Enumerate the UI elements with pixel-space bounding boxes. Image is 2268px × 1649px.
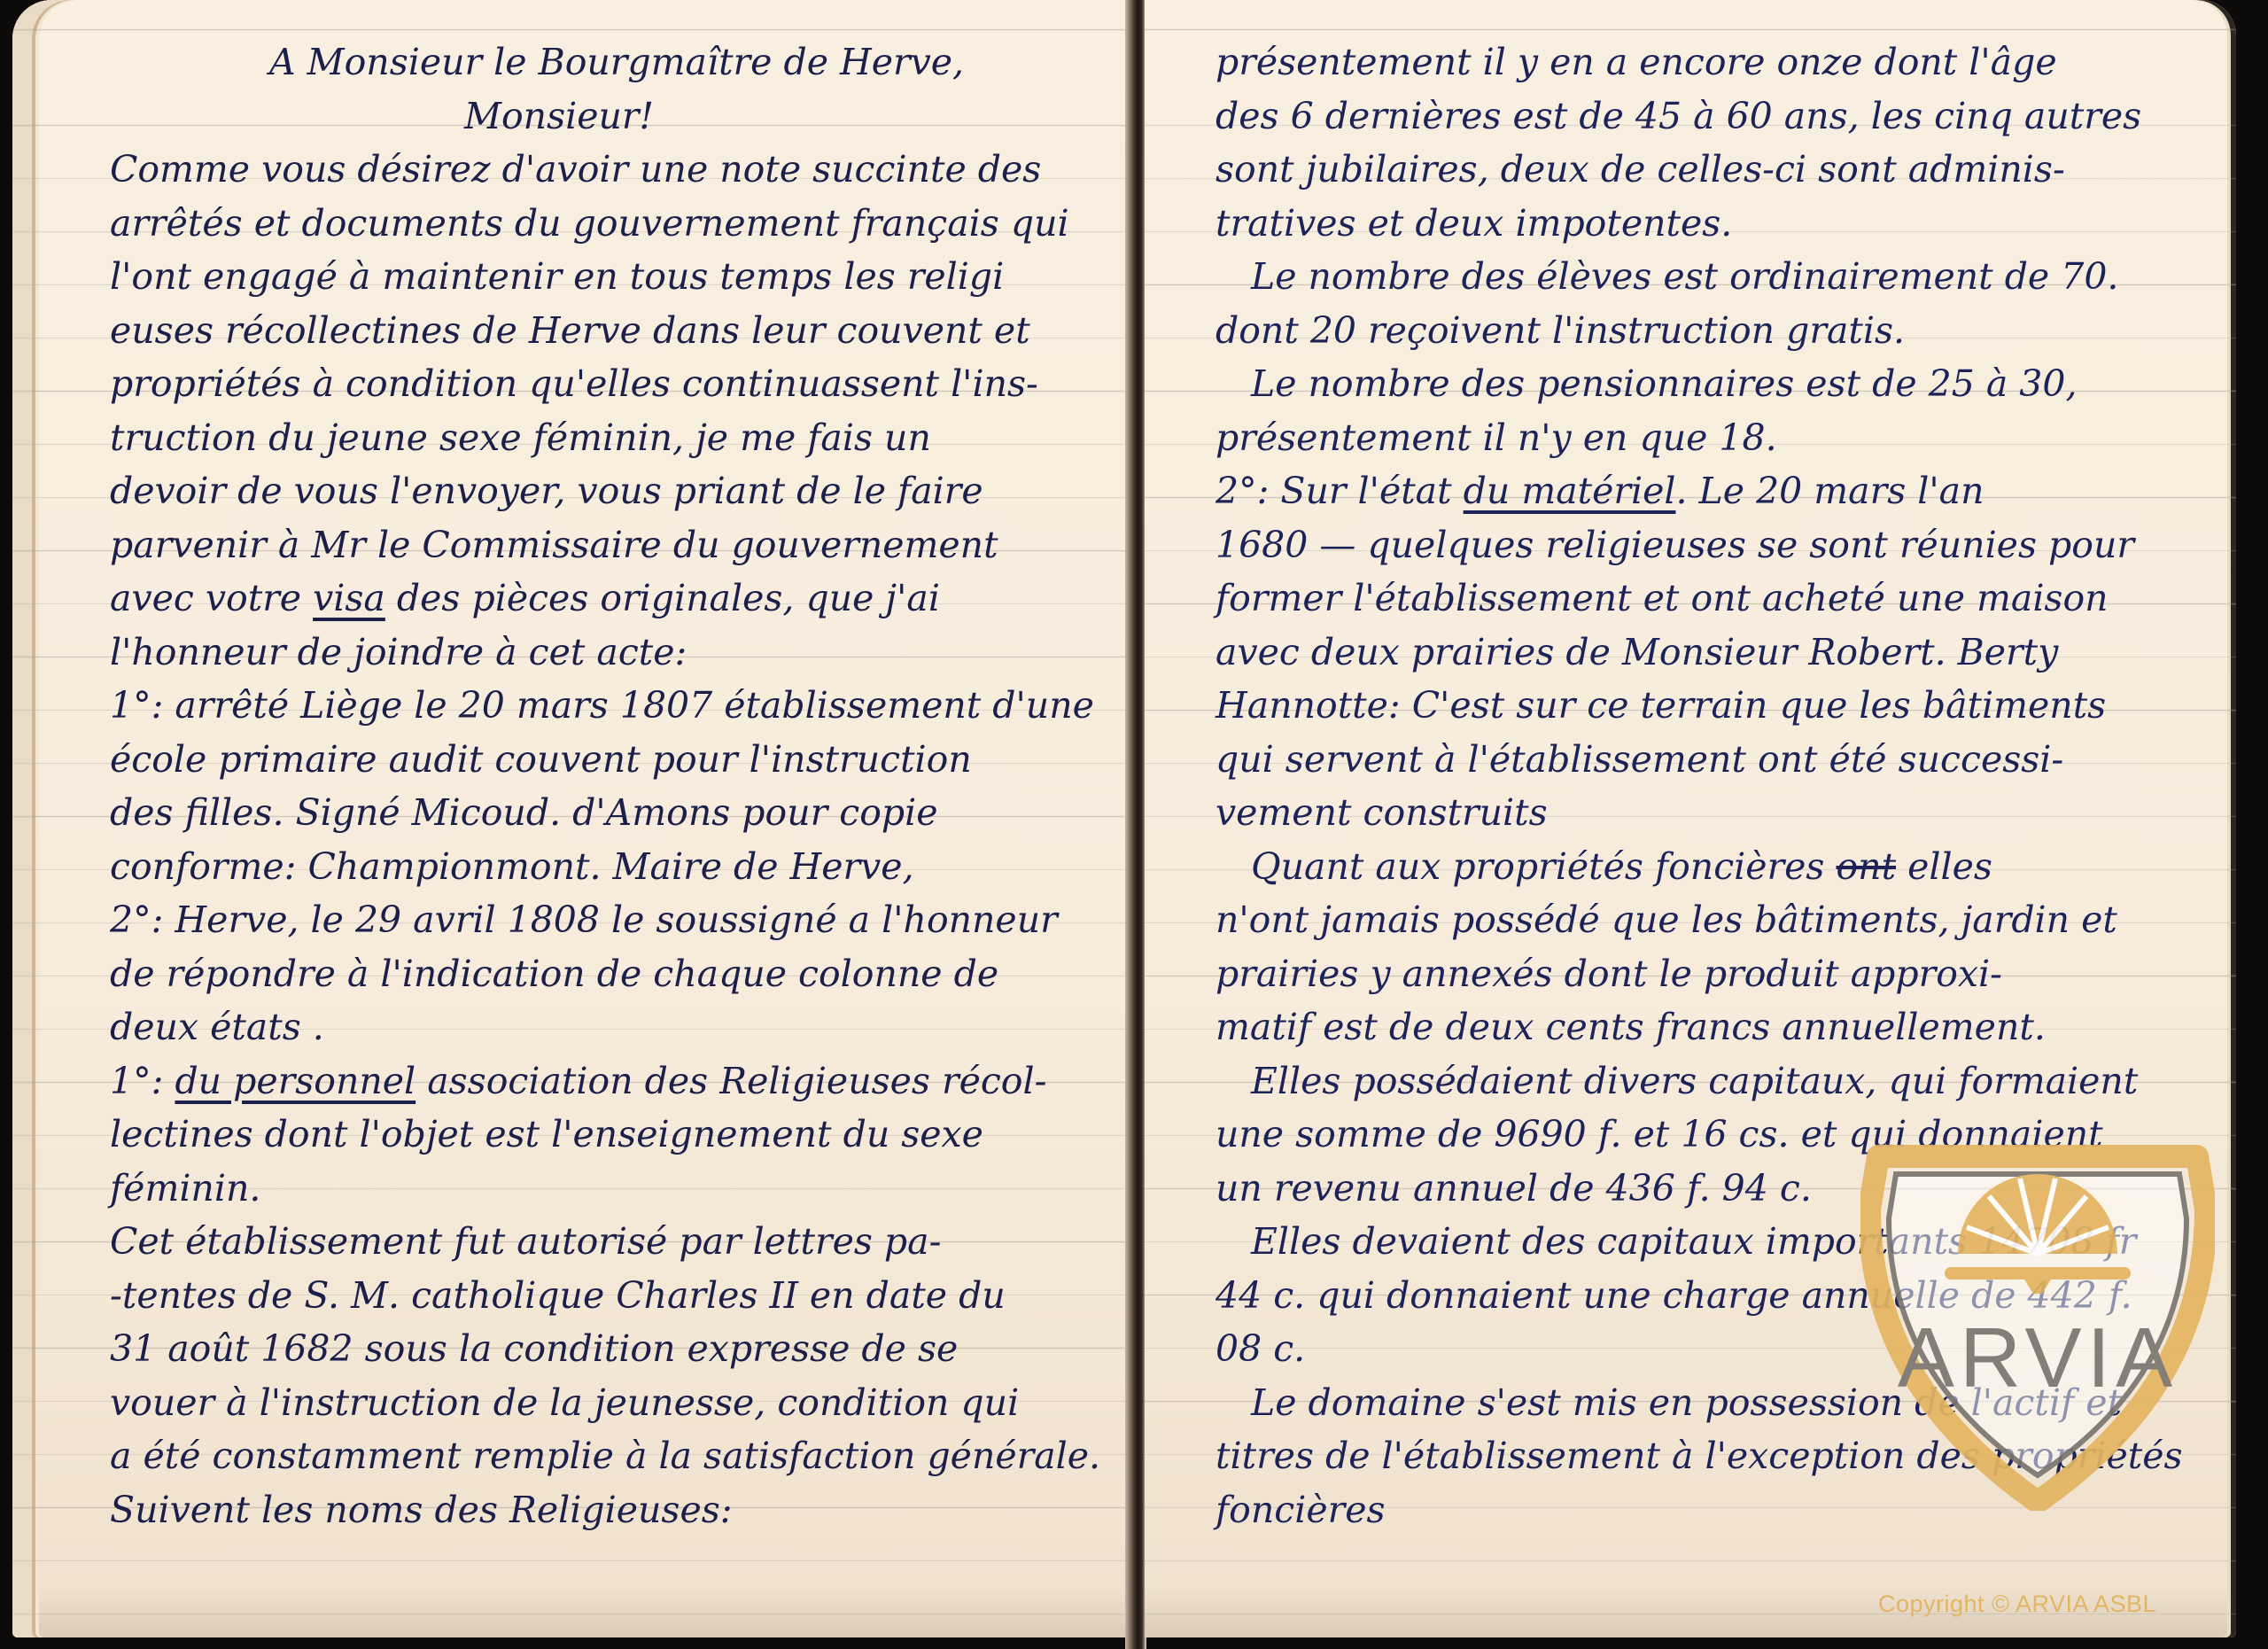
- right-page-handwriting: présentement il y en a encore onze dont …: [1145, 35, 2236, 1536]
- right-line: qui servent à l'établissement ont été su…: [1216, 733, 2192, 787]
- left-line: truction du jeune sexe féminin, je me fa…: [110, 411, 1074, 465]
- right-line: Le nombre des élèves est ordinairement d…: [1216, 250, 2192, 304]
- right-line: Elles devaient des capitaux importants 1…: [1216, 1215, 2192, 1269]
- right-line: avec deux prairies de Monsieur Robert. B…: [1216, 626, 2192, 680]
- right-line: présentement il y en a encore onze dont …: [1216, 35, 2192, 89]
- right-line: 44 c. qui donnaient une charge annuelle …: [1216, 1269, 2192, 1323]
- left-line: devoir de vous l'envoyer, vous priant de…: [110, 464, 1074, 518]
- left-line: arrêtés et documents du gouvernement fra…: [110, 197, 1074, 251]
- right-line: une somme de 9690 f. et 16 cs. et qui do…: [1216, 1108, 2192, 1162]
- right-line: former l'établissement et ont acheté une…: [1216, 572, 2192, 626]
- left-line: de répondre à l'indication de chaque col…: [110, 947, 1074, 1001]
- left-page-handwriting: A Monsieur le Bourgmaître de Herve,Monsi…: [12, 35, 1127, 1536]
- right-line: n'ont jamais possédé que les bâtiments, …: [1216, 893, 2192, 947]
- left-line: féminin.: [110, 1162, 1074, 1216]
- right-line: Le domaine s'est mis en possession de l'…: [1216, 1376, 2192, 1430]
- right-line: présentement il n'y en que 18.: [1216, 411, 2192, 465]
- left-line: 1°: arrêté Liège le 20 mars 1807 établis…: [110, 679, 1074, 733]
- right-line: prairies y annexés dont le produit appro…: [1216, 947, 2192, 1001]
- left-line: propriétés à condition qu'elles continua…: [110, 357, 1074, 411]
- left-line: Comme vous désirez d'avoir une note succ…: [110, 143, 1074, 197]
- left-notebook-page: A Monsieur le Bourgmaître de Herve,Monsi…: [12, 0, 1127, 1637]
- left-line: 31 août 1682 sous la condition expresse …: [110, 1322, 1074, 1376]
- right-line: des 6 dernières est de 45 à 60 ans, les …: [1216, 89, 2192, 144]
- right-line: Quant aux propriétés foncières ont elles: [1216, 840, 2192, 894]
- left-line: parvenir à Mr le Commissaire du gouverne…: [110, 518, 1074, 572]
- right-notebook-page: présentement il y en a encore onze dont …: [1145, 0, 2236, 1637]
- left-line: -tentes de S. M. catholique Charles II e…: [110, 1269, 1074, 1323]
- left-line: A Monsieur le Bourgmaître de Herve,: [110, 35, 1074, 89]
- right-line: 2°: Sur l'état du matériel. Le 20 mars l…: [1216, 464, 2192, 518]
- right-line: 08 c.: [1216, 1322, 2192, 1376]
- right-line: matif est de deux cents francs annuellem…: [1216, 1000, 2192, 1054]
- right-line: dont 20 reçoivent l'instruction gratis.: [1216, 304, 2192, 358]
- right-line: tratives et deux impotentes.: [1216, 197, 2192, 251]
- right-line: titres de l'établissement à l'exception …: [1216, 1429, 2192, 1483]
- copyright-notice: Copyright © ARVIA ASBL: [1878, 1591, 2156, 1618]
- left-line: a été constamment remplie à la satisfact…: [110, 1429, 1074, 1483]
- right-line: Le nombre des pensionnaires est de 25 à …: [1216, 357, 2192, 411]
- notebook-spine: [1125, 0, 1146, 1649]
- left-line: Cet établissement fut autorisé par lettr…: [110, 1215, 1074, 1269]
- left-line: école primaire audit couvent pour l'inst…: [110, 733, 1074, 787]
- right-line: vement construits: [1216, 786, 2192, 840]
- right-line: 1680 — quelques religieuses se sont réun…: [1216, 518, 2192, 572]
- right-line: foncières: [1216, 1483, 2192, 1537]
- left-line: 1°: du personnel association des Religie…: [110, 1054, 1074, 1108]
- left-line: l'honneur de joindre à cet acte:: [110, 626, 1074, 680]
- left-line: conforme: Championmont. Maire de Herve,: [110, 840, 1074, 894]
- left-line: des filles. Signé Micoud. d'Amons pour c…: [110, 786, 1074, 840]
- left-line: 2°: Herve, le 29 avril 1808 le soussigné…: [110, 893, 1074, 947]
- left-line: Suivent les noms des Religieuses:: [110, 1483, 1074, 1537]
- left-line: Monsieur!: [110, 89, 1074, 144]
- right-line: sont jubilaires, deux de celles-ci sont …: [1216, 143, 2192, 197]
- right-line: Hannotte: C'est sur ce terrain que les b…: [1216, 679, 2192, 733]
- right-line: un revenu annuel de 436 f. 94 c.: [1216, 1162, 2192, 1216]
- left-line: l'ont engagé à maintenir en tous temps l…: [110, 250, 1074, 304]
- right-line: Elles possédaient divers capitaux, qui f…: [1216, 1054, 2192, 1108]
- left-line: vouer à l'instruction de la jeunesse, co…: [110, 1376, 1074, 1430]
- left-line: euses récollectines de Herve dans leur c…: [110, 304, 1074, 358]
- left-line: deux états .: [110, 1000, 1074, 1054]
- left-line: lectines dont l'objet est l'enseignement…: [110, 1108, 1074, 1162]
- left-line: avec votre visa des pièces originales, q…: [110, 572, 1074, 626]
